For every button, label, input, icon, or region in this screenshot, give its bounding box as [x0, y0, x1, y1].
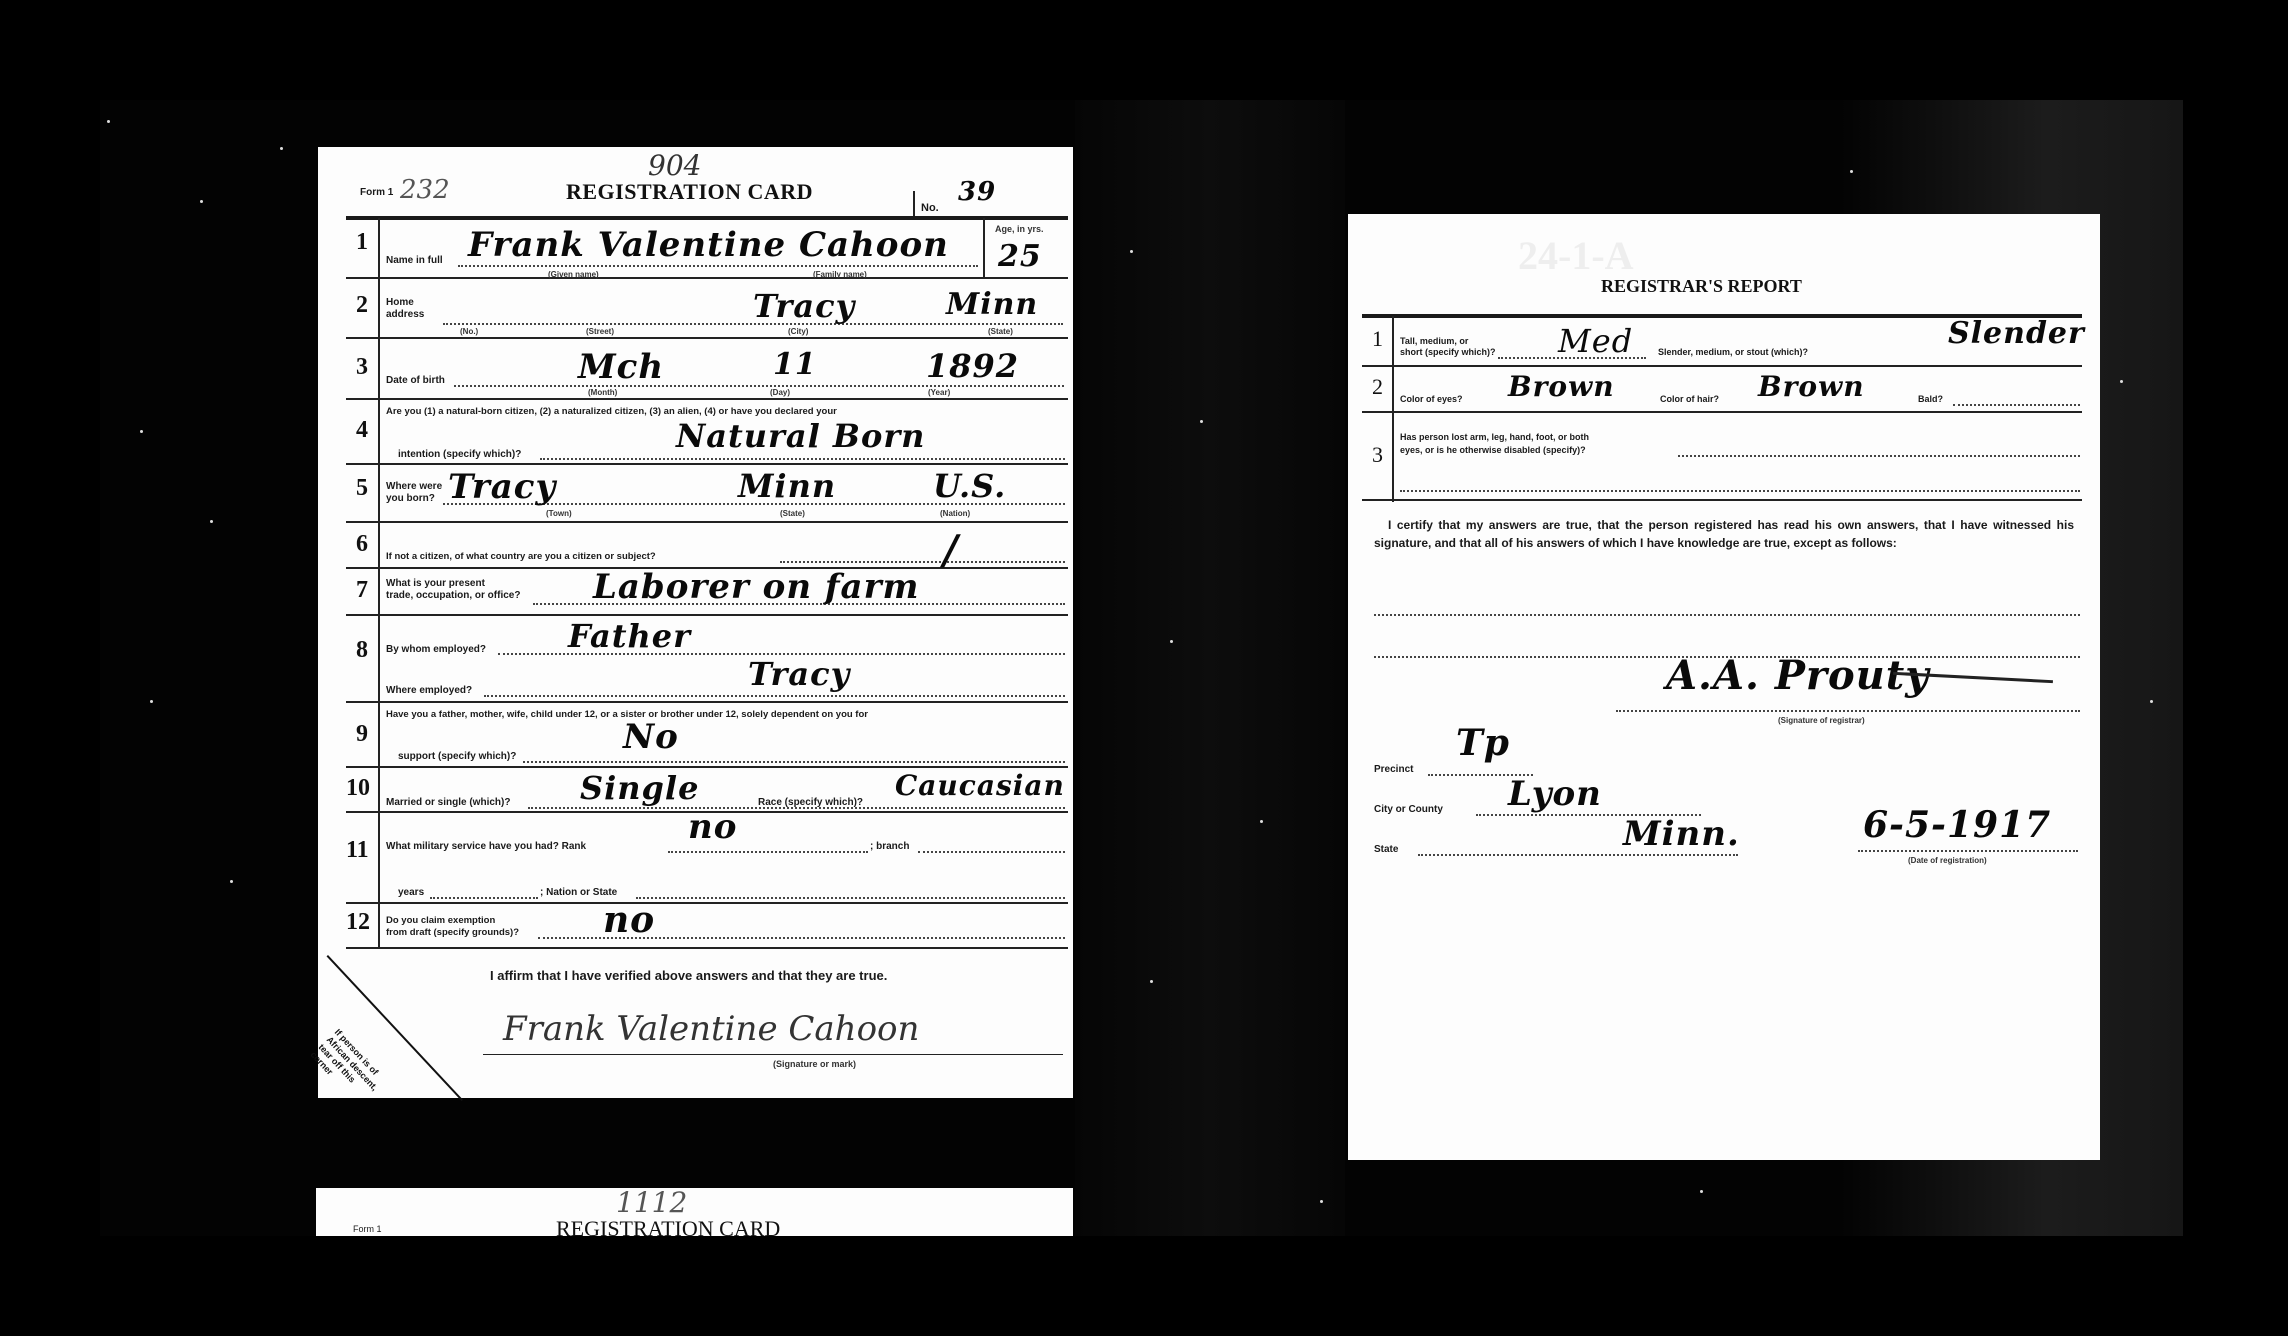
hair-color-value: Brown — [1758, 370, 1865, 403]
height-label-line2: short (specify which)? — [1400, 347, 1496, 358]
dust-speck — [200, 200, 203, 203]
next-registration-card-partial: Form 1 1112 REGISTRATION CARD — [316, 1188, 1073, 1236]
dependents-value: No — [623, 717, 679, 757]
row-number: 3 — [356, 354, 368, 381]
field-dots — [1418, 854, 1738, 856]
field-dots — [780, 561, 1065, 563]
foreign-citizen-value: / — [943, 527, 959, 574]
home-state-value: Minn — [946, 287, 1038, 322]
citizenship-value: Natural Born — [676, 417, 925, 455]
exemption-value: no — [603, 899, 655, 941]
next-form-label: Form 1 — [353, 1224, 382, 1235]
disability-label-line2: eyes, or is he otherwise disabled (speci… — [1400, 445, 1586, 456]
row-number: 3 — [1372, 442, 1383, 468]
military-value: no — [688, 807, 737, 847]
bald-label: Bald? — [1918, 394, 1943, 405]
dob-year: 1892 — [926, 347, 1019, 385]
dust-speck — [280, 147, 283, 150]
dust-speck — [150, 700, 153, 703]
row-divider — [346, 398, 1068, 400]
field-dots — [1400, 490, 2080, 492]
birthplace-label-line2: you born? — [386, 493, 435, 504]
dust-speck — [1170, 640, 1173, 643]
row-number: 1 — [1372, 326, 1383, 352]
exemption-label-line2: from draft (specify grounds)? — [386, 927, 519, 938]
field-dots — [484, 695, 1065, 697]
eye-color-label: Color of eyes? — [1400, 394, 1463, 405]
report-title: REGISTRAR'S REPORT — [1601, 276, 1802, 297]
employer-label: By whom employed? — [386, 644, 486, 655]
row-number: 2 — [356, 292, 368, 319]
dust-speck — [1700, 1190, 1703, 1193]
row-divider — [346, 614, 1068, 616]
dust-speck — [1320, 1200, 1323, 1203]
row-number: 9 — [356, 721, 368, 748]
card-title: REGISTRATION CARD — [566, 179, 813, 205]
dust-speck — [230, 880, 233, 883]
home-city-value: Tracy — [753, 287, 855, 325]
next-serial-number: 1112 — [616, 1188, 687, 1219]
employer-value: Father — [568, 617, 691, 655]
faded-stamp: 24-1-A — [1518, 232, 1634, 279]
addr-street-caption: (Street) — [586, 327, 614, 336]
top-rule — [346, 216, 1068, 220]
military-label: What military service have you had? Rank — [386, 841, 586, 852]
registrar-signature-caption: (Signature of registrar) — [1778, 716, 1865, 725]
no-label: No. — [921, 203, 939, 214]
name-value: Frank Valentine Cahoon — [468, 225, 949, 265]
next-card-title: REGISTRATION CARD — [556, 1216, 780, 1236]
row-divider — [346, 766, 1068, 768]
precinct-label: Precinct — [1374, 764, 1413, 775]
dob-label: Date of birth — [386, 375, 445, 386]
field-dots — [918, 851, 1065, 853]
signature-caption: (Signature or mark) — [773, 1059, 856, 1069]
state-label: State — [1374, 844, 1398, 855]
dob-month: Mch — [578, 347, 664, 387]
years-label: years — [398, 887, 424, 898]
dust-speck — [107, 120, 110, 123]
birthplace-label-line1: Where were — [386, 481, 442, 492]
field-dots — [668, 851, 868, 853]
registration-date-caption: (Date of registration) — [1908, 856, 1987, 865]
nation-state-label: ; Nation or State — [540, 887, 617, 898]
field-dots — [540, 458, 1065, 460]
no-divider — [913, 191, 915, 219]
row-divider — [346, 277, 1068, 279]
registrar-signature-line — [1616, 710, 2080, 712]
number-column-divider — [378, 218, 380, 948]
row-divider — [1362, 411, 2082, 413]
birth-town-value: Tracy — [448, 467, 556, 507]
dust-speck — [2120, 380, 2123, 383]
signature-line — [483, 1054, 1063, 1055]
row-number: 5 — [356, 475, 368, 502]
state-value: Minn. — [1623, 814, 1740, 854]
eye-color-value: Brown — [1508, 370, 1615, 403]
occupation-label-line1: What is your present — [386, 578, 485, 589]
row-divider — [346, 521, 1068, 523]
marital-value: Single — [580, 769, 699, 807]
given-name-caption: (Given name) — [548, 270, 599, 279]
registration-date-value: 6-5-1917 — [1863, 804, 2051, 846]
row-number: 6 — [356, 531, 368, 558]
field-dots — [1953, 404, 2080, 406]
no-value: 39 — [958, 177, 996, 207]
dob-year-caption: (Year) — [928, 388, 950, 397]
birth-town-caption: (Town) — [546, 509, 572, 518]
row-divider — [1362, 499, 2082, 501]
birth-nation-value: U.S. — [933, 467, 1006, 505]
affirmation-text: I affirm that I have verified above answ… — [490, 970, 887, 981]
row-number: 1 — [356, 229, 368, 256]
row-number: 2 — [1372, 374, 1383, 400]
height-value: Med — [1558, 322, 1633, 360]
row-divider — [346, 902, 1068, 904]
tear-corner-note: If person is of African descent, tear of… — [308, 1027, 388, 1108]
city-county-label: City or County — [1374, 804, 1443, 815]
dust-speck — [1150, 980, 1153, 983]
field-dots — [458, 265, 978, 267]
exemption-label-line1: Do you claim exemption — [386, 915, 495, 926]
field-dots — [636, 897, 1065, 899]
build-label: Slender, medium, or stout (which)? — [1658, 347, 1808, 358]
addr-state-caption: (State) — [988, 327, 1013, 336]
serial-number: 904 — [648, 149, 701, 182]
name-label: Name in full — [386, 255, 443, 266]
home-label-line1: Home — [386, 297, 414, 308]
date-line — [1858, 850, 2078, 852]
birth-state-caption: (State) — [780, 509, 805, 518]
addr-no-caption: (No.) — [460, 327, 478, 336]
dust-speck — [210, 520, 213, 523]
dust-speck — [1130, 250, 1133, 253]
form-number: 232 — [400, 175, 450, 205]
field-dots — [430, 897, 538, 899]
age-label: Age, in yrs. — [995, 224, 1044, 234]
row-divider — [346, 947, 1068, 949]
exceptions-line — [1374, 614, 2080, 616]
birth-nation-caption: (Nation) — [940, 509, 970, 518]
row-number: 7 — [356, 577, 368, 604]
dust-speck — [1850, 170, 1853, 173]
frame-gap-shade — [1075, 100, 1345, 1236]
disability-label-line1: Has person lost arm, leg, hand, foot, or… — [1400, 432, 1589, 443]
employment-place-label: Where employed? — [386, 685, 472, 696]
foreign-citizen-label: If not a citizen, of what country are yo… — [386, 551, 656, 562]
race-value: Caucasian — [895, 769, 1065, 802]
birth-state-value: Minn — [738, 467, 836, 505]
family-name-caption: (Family name) — [813, 270, 867, 279]
marital-label: Married or single (which)? — [386, 797, 510, 808]
field-dots — [1678, 455, 2080, 457]
citizenship-question: Are you (1) a natural-born citizen, (2) … — [386, 406, 837, 417]
build-value: Slender — [1948, 316, 2085, 351]
race-label: Race (specify which)? — [758, 797, 863, 808]
field-dots — [523, 761, 1065, 763]
occupation-label-line2: trade, occupation, or office? — [386, 590, 520, 601]
dust-speck — [1260, 820, 1263, 823]
certification-text: I certify that my answers are true, that… — [1374, 516, 2074, 552]
home-label-line2: address — [386, 309, 424, 320]
registrant-signature: Frank Valentine Cahoon — [503, 1009, 919, 1049]
registrar-signature: A.A. Prouty — [1666, 652, 1929, 699]
dust-speck — [2150, 700, 2153, 703]
row-number: 11 — [346, 837, 369, 864]
city-county-value: Lyon — [1508, 774, 1602, 814]
row-divider — [346, 337, 1068, 339]
row-divider — [346, 463, 1068, 465]
report-number-divider — [1392, 316, 1394, 502]
age-divider — [983, 218, 985, 277]
hair-color-label: Color of hair? — [1660, 394, 1719, 405]
registrars-report-card: 24-1-A REGISTRAR'S REPORT 1 Tall, medium… — [1348, 214, 2100, 1160]
height-label-line1: Tall, medium, or — [1400, 336, 1468, 347]
dob-day-caption: (Day) — [770, 388, 790, 397]
occupation-value: Laborer on farm — [593, 567, 919, 607]
dob-day: 11 — [773, 347, 817, 382]
branch-label: ; branch — [870, 841, 909, 852]
row-number: 4 — [356, 417, 368, 444]
precinct-value: Tp — [1456, 722, 1510, 764]
intention-label: intention (specify which)? — [398, 449, 521, 460]
row-divider — [1362, 365, 2082, 367]
field-dots — [454, 385, 1064, 387]
row-number: 8 — [356, 637, 368, 664]
age-value: 25 — [998, 239, 1042, 274]
dob-month-caption: (Month) — [588, 388, 617, 397]
addr-city-caption: (City) — [788, 327, 808, 336]
employment-place-value: Tracy — [748, 655, 850, 693]
dust-speck — [140, 430, 143, 433]
registration-card: Form 1 232 904 REGISTRATION CARD No. 39 … — [318, 147, 1073, 1098]
form-label: Form 1 — [360, 187, 393, 198]
support-label: support (specify which)? — [398, 751, 516, 762]
row-number: 12 — [346, 909, 370, 936]
row-number: 10 — [346, 775, 370, 802]
dust-speck — [1200, 420, 1203, 423]
row-divider — [346, 701, 1068, 703]
